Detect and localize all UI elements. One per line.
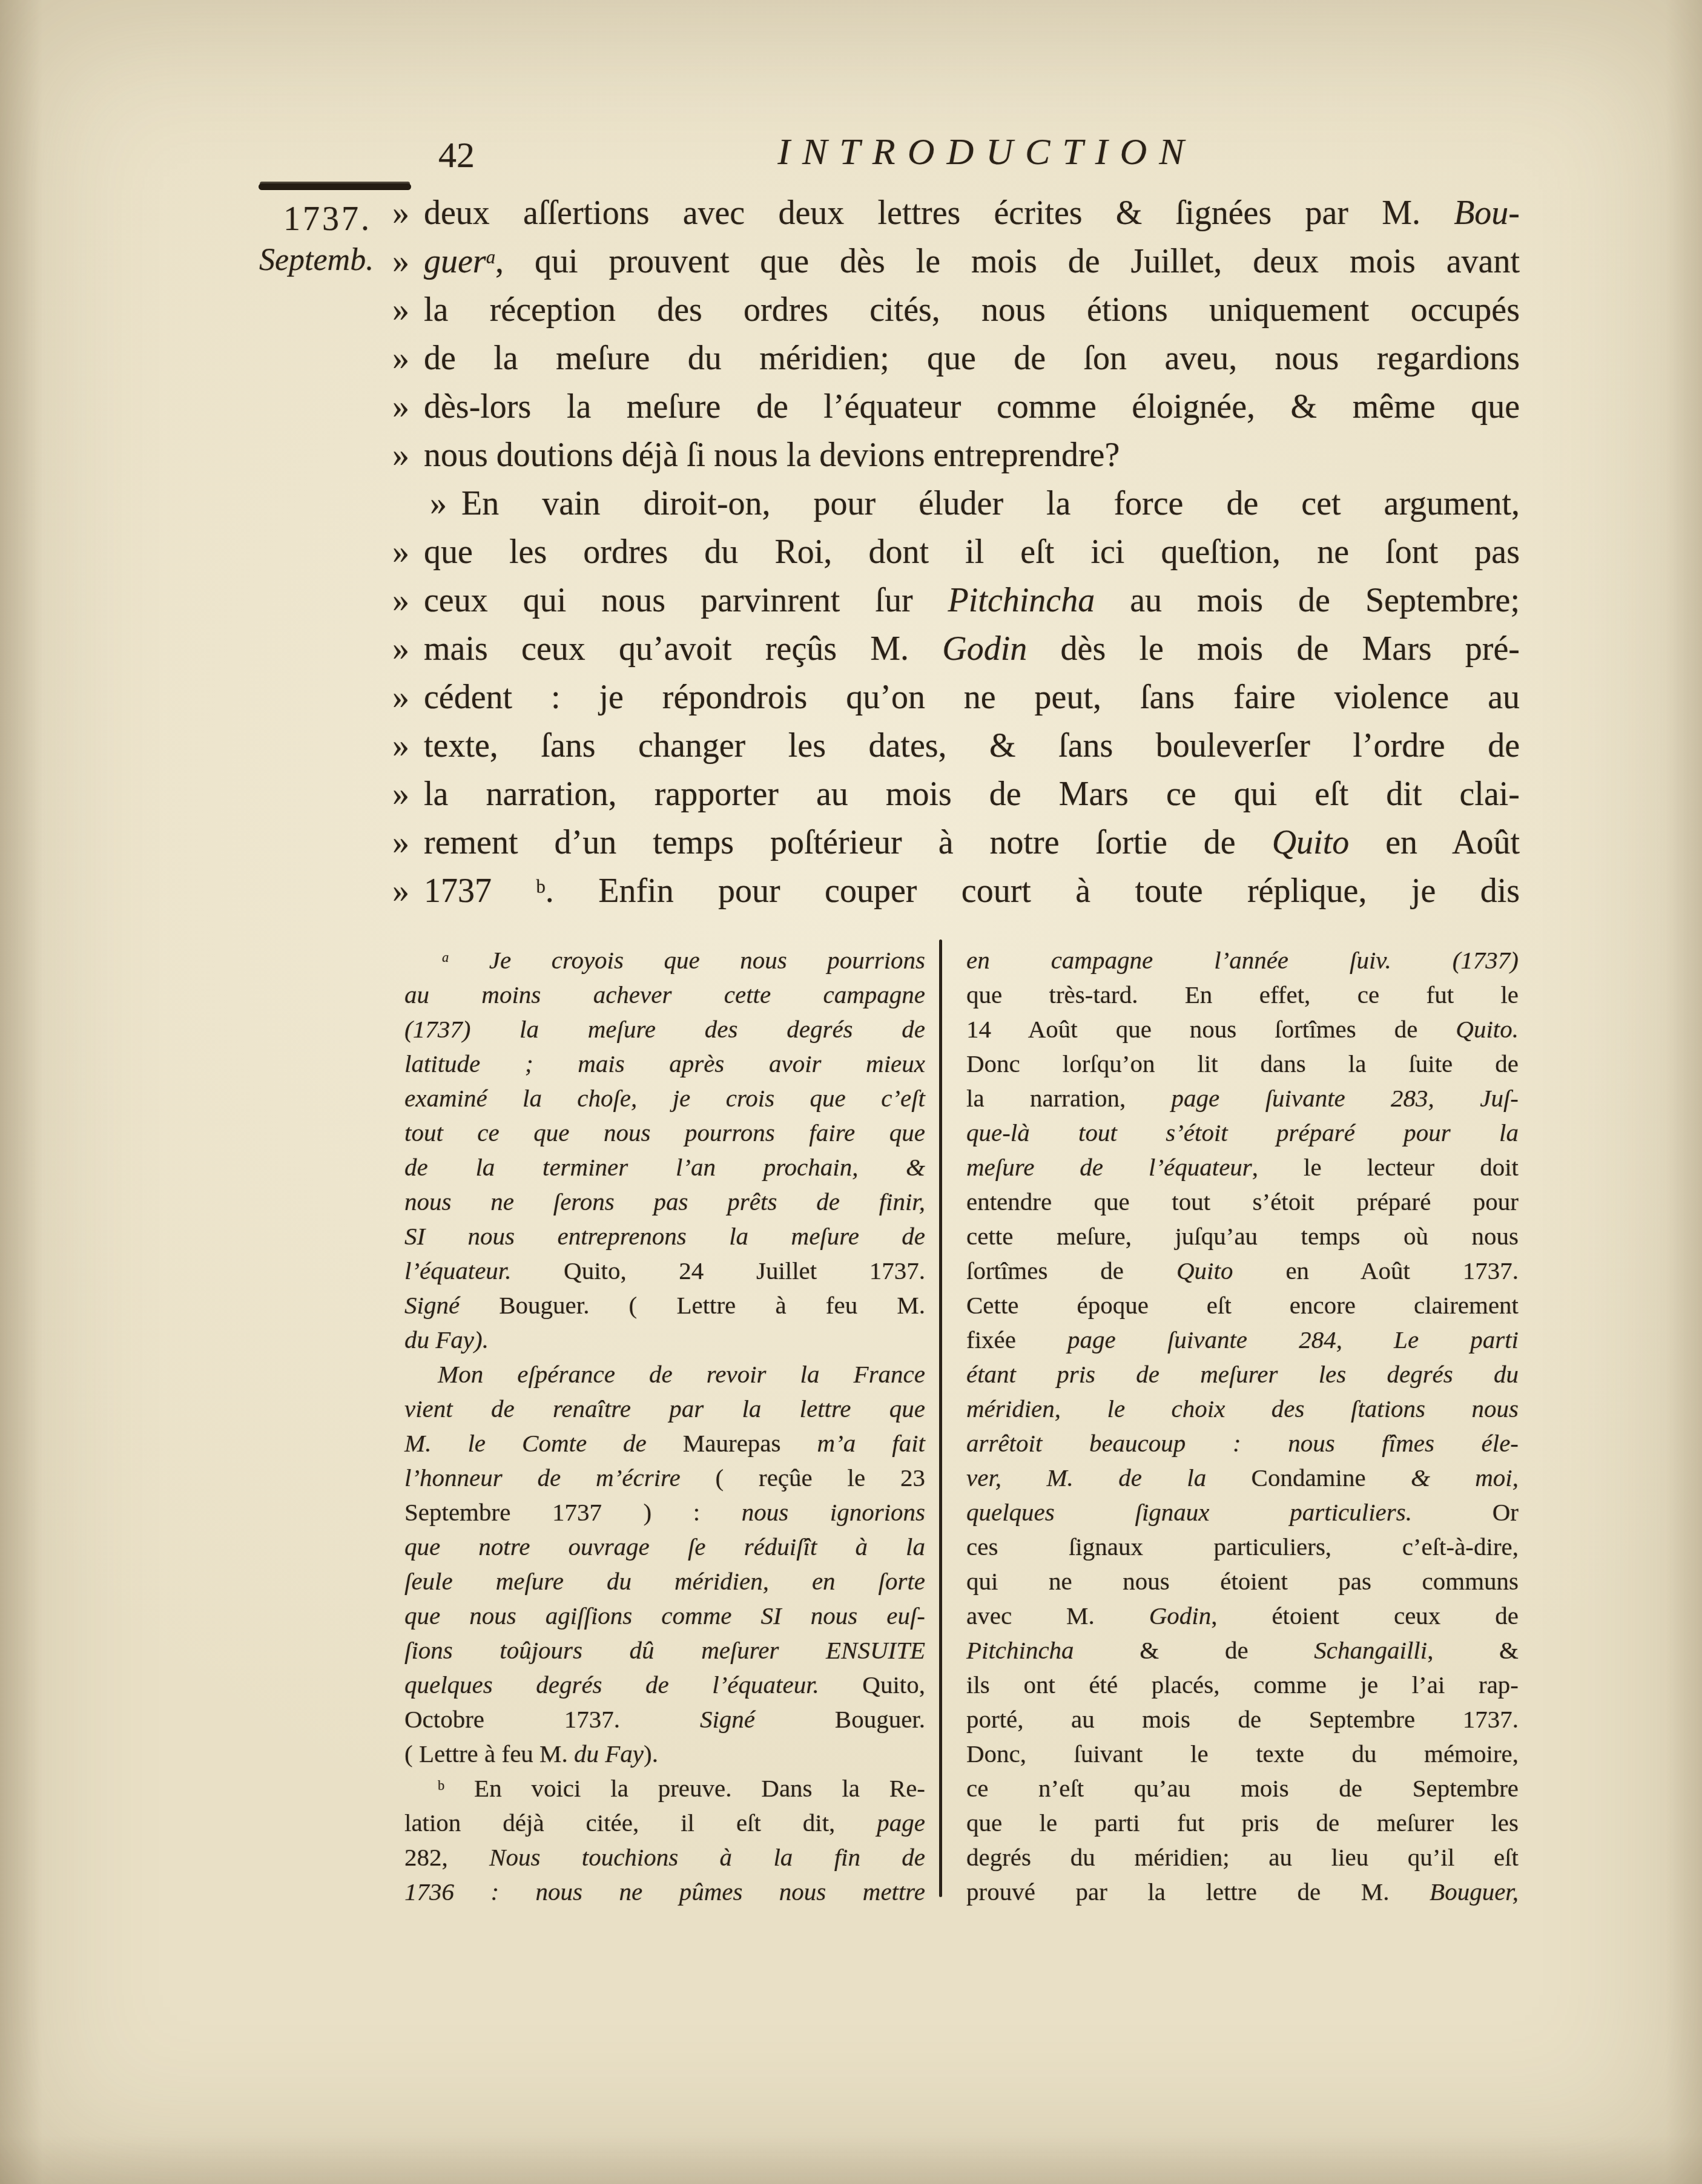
text-segment: ).	[644, 1740, 658, 1768]
text-line: ( Lettre à feu M. du Fay).	[404, 1737, 925, 1771]
text-line: Donc lorſqu’on lit dans la ſuite de	[966, 1047, 1519, 1081]
quote-guillemet: »	[392, 383, 409, 431]
text-line: quelques degrés de l’équateur. Quito,	[404, 1668, 925, 1702]
text-segment: guer	[424, 243, 486, 280]
text-line: »dès-lors la meſure de l’équateur comme …	[392, 383, 1520, 431]
text-segment: de la terminer l’an prochain, &	[404, 1153, 925, 1181]
text-segment: & de	[1074, 1636, 1314, 1664]
text-segment: la réception des ordres cités, nous étio…	[424, 291, 1520, 329]
text-line: ce n’eſt qu’au mois de Septembre	[966, 1771, 1519, 1806]
text-line: qui ne nous étoient pas communs	[966, 1564, 1519, 1599]
quote-guillemet: »	[392, 286, 409, 334]
text-segment: . Enfin pour couper court à toute répliq…	[546, 872, 1520, 910]
text-segment: arrêtoit beaucoup : nous fîmes éle-	[966, 1429, 1519, 1457]
text-line: lation déjà citée, il eſt dit, page	[404, 1806, 925, 1840]
margin-note-month: Septemb.	[259, 242, 374, 278]
margin-note-year: 1737.	[283, 200, 372, 238]
text-segment: lation déjà citée, il eſt dit,	[404, 1809, 877, 1837]
main-text-block: »deux aſſertions avec deux lettres écrit…	[392, 189, 1520, 915]
quote-guillemet: »	[392, 625, 409, 673]
text-segment: deux aſſertions avec deux lettres écrite…	[424, 194, 1454, 232]
text-line: ils ont été placés, comme je l’ai rap-	[966, 1668, 1519, 1702]
text-segment: quelques degrés de l’équateur.	[404, 1671, 819, 1699]
text-line: »nous doutions déjà ſi nous la devions e…	[392, 431, 1520, 479]
text-segment: Quito	[1272, 824, 1350, 861]
text-line: que le parti fut pris de meſurer les	[966, 1806, 1519, 1840]
text-line: 1736 : nous ne pûmes nous mettre	[404, 1875, 925, 1909]
quote-guillemet: »	[392, 722, 409, 770]
text-line: »deux aſſertions avec deux lettres écrit…	[392, 189, 1520, 237]
text-segment: Donc lorſqu’on lit dans la ſuite de	[966, 1050, 1519, 1077]
text-segment: Signé	[404, 1291, 460, 1319]
text-segment: Donc, ſuivant le texte du mémoire,	[966, 1740, 1519, 1768]
text-segment: examiné la choſe, je crois que c’eſt	[404, 1084, 925, 1112]
text-line: »de la meſure du méridien; que de ſon av…	[392, 334, 1520, 383]
text-segment: en Août	[1349, 824, 1520, 861]
quote-guillemet: »	[392, 479, 447, 528]
text-line: »cédent : je répondrois qu’on ne peut, ſ…	[392, 673, 1520, 722]
text-segment: Septembre 1737 ) :	[404, 1498, 742, 1526]
text-line: »la narration, rapporter au mois de Mars…	[392, 770, 1520, 818]
text-line: ſortîmes de Quito en Août 1737.	[966, 1254, 1519, 1288]
text-segment: 1737	[424, 872, 536, 910]
text-segment: cédent : je répondrois qu’on ne peut, ſa…	[424, 679, 1520, 716]
text-line: 282, Nous touchions à la fin de	[404, 1840, 925, 1875]
text-line: ſeule meſure du méridien, en ſorte	[404, 1564, 925, 1599]
footnote-marker: b	[438, 1778, 444, 1793]
text-segment: , le lecteur doit	[1252, 1153, 1519, 1181]
text-segment: meſure de l’équateur	[966, 1153, 1252, 1181]
text-segment: ſortîmes de	[966, 1257, 1176, 1284]
text-segment: que les ordres du Roi, dont il eſt ici q…	[424, 533, 1520, 571]
text-line: étant pris de meſurer les degrés du	[966, 1357, 1519, 1392]
text-line: arrêtoit beaucoup : nous fîmes éle-	[966, 1426, 1519, 1461]
text-line: que-là tout s’étoit préparé pour la	[966, 1116, 1519, 1150]
text-segment: en Août 1737.	[1233, 1257, 1519, 1284]
text-segment: du Fay	[574, 1740, 644, 1768]
text-segment: (1737) la meſure des degrés de	[404, 1015, 925, 1043]
text-segment: page ſuivante 284, Le parti	[1067, 1326, 1519, 1353]
footnote-marker: a	[486, 247, 495, 268]
text-line: porté, au mois de Septembre 1737.	[966, 1702, 1519, 1737]
text-segment: que-là tout s’étoit préparé pour la	[966, 1119, 1519, 1146]
text-segment: qui ne nous étoient pas communs	[966, 1567, 1519, 1595]
text-segment: m’a fait	[781, 1429, 926, 1457]
text-segment: page ſuivante 283, Juſ-	[1172, 1084, 1519, 1112]
text-segment: Schangailli	[1314, 1636, 1427, 1664]
text-line: M. le Comte de Maurepas m’a fait	[404, 1426, 925, 1461]
text-segment: Cette époque eſt encore clairement	[966, 1291, 1519, 1319]
text-line: »la réception des ordres cités, nous éti…	[392, 286, 1520, 334]
footnote-right-column: en campagne l’année ſuiv. (1737)que très…	[966, 943, 1519, 1909]
text-line: a Je croyois que nous pourrions	[404, 943, 925, 978]
text-line: l’équateur. Quito, 24 Juillet 1737.	[404, 1254, 925, 1288]
text-segment: Quito.	[1456, 1015, 1519, 1043]
text-line: au moins achever cette campagne	[404, 978, 925, 1012]
quote-guillemet: »	[392, 528, 409, 576]
text-segment: nous ne ſerons pas prêts de finir,	[404, 1188, 925, 1215]
text-segment: dès-lors la meſure de l’équateur comme é…	[424, 388, 1520, 426]
text-segment: En vain diroit-on, pour éluder la force …	[461, 485, 1520, 522]
text-segment: nous doutions déjà ſi nous la devions en…	[424, 436, 1120, 474]
text-line: ver, M. de la Condamine & moi,	[966, 1461, 1519, 1495]
text-segment: cette meſure, juſqu’au temps où nous	[966, 1222, 1519, 1250]
text-line: »guera, qui prouvent que dès le mois de …	[392, 237, 1520, 286]
text-segment: M. le Comte de	[404, 1429, 683, 1457]
text-line: ſions toûjours dû meſurer ENSUITE	[404, 1633, 925, 1668]
text-segment: SI nous entreprenons la meſure de	[404, 1222, 925, 1250]
text-segment: , &	[1427, 1636, 1519, 1664]
text-line: Mon eſpérance de revoir la France	[404, 1357, 925, 1392]
text-segment: 282,	[404, 1843, 489, 1871]
text-line: examiné la choſe, je crois que c’eſt	[404, 1081, 925, 1116]
text-segment: vient de renaître par la lettre que	[404, 1395, 925, 1423]
text-segment: 1736 : nous ne pûmes nous mettre	[404, 1878, 925, 1906]
text-segment: Or	[1412, 1498, 1519, 1526]
text-segment: ceux qui nous parvinrent ſur	[424, 582, 948, 619]
quote-guillemet: »	[392, 431, 409, 479]
text-line: cette meſure, juſqu’au temps où nous	[966, 1219, 1519, 1254]
margin-rule	[259, 183, 411, 190]
text-line: 14 Août que nous ſortîmes de Quito.	[966, 1012, 1519, 1047]
text-line: SI nous entreprenons la meſure de	[404, 1219, 925, 1254]
text-line: quelques ſignaux particuliers. Or	[966, 1495, 1519, 1530]
text-segment: prouvé par la lettre de M.	[966, 1878, 1430, 1906]
text-line: méridien, le choix des ſtations nous	[966, 1392, 1519, 1426]
text-line: »rement d’un temps poſtérieur à notre ſo…	[392, 818, 1520, 867]
text-line: meſure de l’équateur, le lecteur doit	[966, 1150, 1519, 1185]
text-segment: entendre que tout s’étoit préparé pour	[966, 1188, 1519, 1215]
text-line: du Fay).	[404, 1323, 925, 1357]
text-segment: méridien, le choix des ſtations nous	[966, 1395, 1519, 1423]
text-segment: Quito,	[819, 1671, 925, 1699]
text-segment: ver, M. de la	[966, 1464, 1252, 1492]
text-segment: que très-tard. En effet, ce fut le	[966, 981, 1519, 1008]
text-segment: ſeule meſure du méridien, en ſorte	[404, 1567, 925, 1595]
text-segment: Pitchincha	[948, 582, 1095, 619]
text-segment: latitude ; mais après avoir mieux	[404, 1050, 925, 1077]
quote-guillemet: »	[392, 189, 409, 237]
text-segment: Bou-	[1454, 194, 1520, 232]
text-line: ces ſignaux particuliers, c’eſt-à-dire,	[966, 1530, 1519, 1564]
text-segment: ils ont été placés, comme je l’ai rap-	[966, 1671, 1519, 1699]
text-segment: de la meſure du méridien; que de ſon ave…	[424, 340, 1520, 377]
book-page: 42 INTRODUCTION 1737. Septemb. »deux aſſ…	[0, 0, 1702, 2184]
quote-guillemet: »	[392, 770, 409, 818]
text-segment: Quito	[1176, 1257, 1233, 1284]
text-segment: Pitchincha	[966, 1636, 1074, 1664]
text-segment: texte, ſans changer les dates, & ſans bo…	[424, 727, 1520, 765]
quote-guillemet: »	[392, 237, 409, 286]
text-line: b En voici la preuve. Dans la Re-	[404, 1771, 925, 1806]
text-segment: l’équateur.	[404, 1257, 512, 1284]
text-line: »texte, ſans changer les dates, & ſans b…	[392, 722, 1520, 770]
text-segment: fixée	[966, 1326, 1067, 1353]
text-segment: Bouguer,	[1430, 1878, 1519, 1906]
running-header-title: INTRODUCTION	[777, 131, 1196, 174]
text-segment: , qui prouvent que dès le mois de Juille…	[495, 243, 1520, 280]
text-line: que notre ouvrage ſe réduiſît à la	[404, 1530, 925, 1564]
quote-guillemet: »	[392, 334, 409, 383]
text-segment: Octobre 1737.	[404, 1705, 700, 1733]
text-segment: 14 Août que nous ſortîmes de	[966, 1015, 1456, 1043]
text-line: entendre que tout s’étoit préparé pour	[966, 1185, 1519, 1219]
text-line: Pitchincha & de Schangailli, &	[966, 1633, 1519, 1668]
text-segment: ( Lettre à feu M.	[404, 1740, 574, 1768]
footnote-column-divider	[939, 939, 942, 1897]
text-segment: degrés du méridien; au lieu qu’il eſt	[966, 1843, 1519, 1871]
text-line: avec M. Godin, étoient ceux de	[966, 1599, 1519, 1633]
text-segment: en campagne l’année ſuiv. (1737)	[966, 946, 1519, 974]
text-line: en campagne l’année ſuiv. (1737)	[966, 943, 1519, 978]
text-segment: au mois de Septembre;	[1095, 582, 1520, 619]
text-segment: Je croyois que nous pourrions	[449, 946, 925, 974]
text-segment: que notre ouvrage ſe réduiſît à la	[404, 1533, 925, 1561]
text-line: l’honneur de m’écrire ( reçûe le 23	[404, 1461, 925, 1495]
text-line: nous ne ſerons pas prêts de finir,	[404, 1185, 925, 1219]
text-line: prouvé par la lettre de M. Bouguer,	[966, 1875, 1519, 1909]
text-line: »mais ceux qu’avoit reçûs M. Godin dès l…	[392, 625, 1520, 673]
text-segment: au moins achever cette campagne	[404, 981, 925, 1008]
text-segment: Signé	[700, 1705, 755, 1733]
text-line: Signé Bouguer. ( Lettre à feu M.	[404, 1288, 925, 1323]
text-segment: Mon eſpérance de revoir la France	[438, 1360, 925, 1388]
text-segment: page	[877, 1809, 925, 1837]
text-line: de la terminer l’an prochain, &	[404, 1150, 925, 1185]
text-segment: l’honneur de m’écrire	[404, 1464, 716, 1492]
text-line: degrés du méridien; au lieu qu’il eſt	[966, 1840, 1519, 1875]
text-line: la narration, page ſuivante 283, Juſ-	[966, 1081, 1519, 1116]
quote-guillemet: »	[392, 673, 409, 722]
text-line: »En vain diroit-on, pour éluder la force…	[392, 479, 1520, 528]
text-segment: ces ſignaux particuliers, c’eſt-à-dire,	[966, 1533, 1519, 1561]
footnote-left-column: a Je croyois que nous pourrionsau moins …	[404, 943, 925, 1909]
text-line: Cette époque eſt encore clairement	[966, 1288, 1519, 1323]
footnote-marker: b	[536, 877, 545, 897]
text-line: tout ce que nous pourrons faire que	[404, 1116, 925, 1150]
text-segment: la narration,	[966, 1084, 1172, 1112]
text-line: (1737) la meſure des degrés de	[404, 1012, 925, 1047]
page-number: 42	[438, 134, 475, 176]
text-segment: ( reçûe le 23	[716, 1464, 925, 1492]
text-segment: ce n’eſt qu’au mois de Septembre	[966, 1774, 1519, 1802]
text-segment: que le parti fut pris de meſurer les	[966, 1809, 1519, 1837]
text-segment: étant pris de meſurer les degrés du	[966, 1360, 1519, 1388]
text-segment: ſions toûjours dû meſurer ENSUITE	[404, 1636, 925, 1664]
quote-guillemet: »	[392, 867, 409, 915]
text-segment: quelques ſignaux particuliers.	[966, 1498, 1412, 1526]
text-segment: avec M.	[966, 1602, 1149, 1630]
text-segment: , étoient ceux de	[1211, 1602, 1519, 1630]
text-segment: Condamine	[1252, 1464, 1366, 1492]
text-segment: dès le mois de Mars pré-	[1027, 630, 1520, 668]
text-segment: tout ce que nous pourrons faire que	[404, 1119, 925, 1146]
text-segment: & moi,	[1366, 1464, 1519, 1492]
text-segment: Bouguer.	[755, 1705, 925, 1733]
quote-guillemet: »	[392, 576, 409, 625]
text-line: Donc, ſuivant le texte du mémoire,	[966, 1737, 1519, 1771]
text-line: que nous agiſſions comme SI nous euſ-	[404, 1599, 925, 1633]
text-segment: En voici la preuve. Dans la Re-	[444, 1774, 925, 1802]
text-line: fixée page ſuivante 284, Le parti	[966, 1323, 1519, 1357]
text-line: »1737 b. Enfin pour couper court à toute…	[392, 867, 1520, 915]
text-segment: mais ceux qu’avoit reçûs M.	[424, 630, 942, 668]
text-segment: porté, au mois de Septembre 1737.	[966, 1705, 1519, 1733]
text-line: »ceux qui nous parvinrent ſur Pitchincha…	[392, 576, 1520, 625]
text-line: »que les ordres du Roi, dont il eſt ici …	[392, 528, 1520, 576]
text-line: que très-tard. En effet, ce fut le	[966, 978, 1519, 1012]
text-line: Septembre 1737 ) : nous ignorions	[404, 1495, 925, 1530]
footnote-marker: a	[442, 950, 449, 965]
text-line: vient de renaître par la lettre que	[404, 1392, 925, 1426]
quote-guillemet: »	[392, 818, 409, 867]
text-line: Octobre 1737. Signé Bouguer.	[404, 1702, 925, 1737]
text-segment: rement d’un temps poſtérieur à notre ſor…	[424, 824, 1272, 861]
text-segment: que nous agiſſions comme SI nous euſ-	[404, 1602, 925, 1630]
text-line: latitude ; mais après avoir mieux	[404, 1047, 925, 1081]
text-segment: Quito, 24 Juillet 1737.	[512, 1257, 926, 1284]
text-segment: la narration, rapporter au mois de Mars …	[424, 775, 1520, 813]
text-segment: Maurepas	[683, 1429, 781, 1457]
text-segment: Bouguer. ( Lettre à feu M.	[460, 1291, 925, 1319]
text-segment: Godin	[942, 630, 1027, 668]
text-segment: Godin	[1149, 1602, 1212, 1630]
text-segment: du Fay).	[404, 1326, 489, 1353]
text-segment: nous ignorions	[742, 1498, 925, 1526]
text-segment: Nous touchions à la fin de	[489, 1843, 925, 1871]
